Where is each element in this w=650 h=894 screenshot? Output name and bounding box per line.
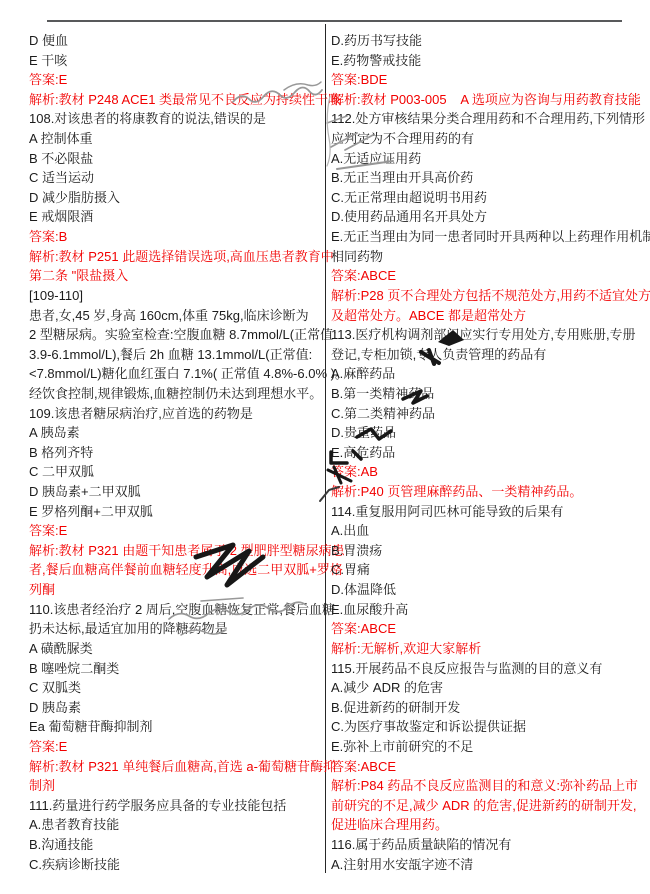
option-line: Ea 葡萄糖苷酶抑制剂 — [29, 717, 325, 737]
option-line: E.弥补上市前研究的不足 — [331, 737, 649, 757]
option-line: B.沟通技能 — [29, 835, 325, 855]
exam-document-page: D 便血E 干咳答案:E解析:教材 P248 ACE1 类最常见不良反应为持续性… — [0, 0, 650, 894]
option-line: C.胃痛 — [331, 560, 649, 580]
question-line: 扔未达标,最适宜加用的降糖药物是 — [29, 619, 325, 639]
left-column: D 便血E 干咳答案:E解析:教材 P248 ACE1 类最常见不良反应为持续性… — [29, 31, 325, 874]
option-line: 相同药物 — [331, 247, 649, 267]
question-line: 登记,专柜加锁,专人负责管理的药品有 — [331, 345, 649, 365]
analysis-line: 解析:教材 P321 由题干知患者属于 2 型肥胖型糖尿病患 — [29, 541, 325, 561]
option-line: C 适当运动 — [29, 168, 325, 188]
option-line: E.药物警戒技能 — [331, 51, 649, 71]
option-line: A.麻醉药品 — [331, 364, 649, 384]
answer-line: 答案:ABCE — [331, 757, 649, 777]
option-line: A.注射用水安瓿字迹不清 — [331, 855, 649, 875]
option-line: B 格列齐特 — [29, 443, 325, 463]
option-line: B.促进新药的研制开发 — [331, 698, 649, 718]
answer-line: 答案:B — [29, 227, 325, 247]
option-line: D 胰岛素 — [29, 698, 325, 718]
option-line: A.出血 — [331, 521, 649, 541]
question-line: 111.药量进行药学服务应具备的专业技能包括 — [29, 796, 325, 816]
option-line: A 磺酰脲类 — [29, 639, 325, 659]
case-header-line: [109-110] — [29, 286, 325, 306]
question-line: 113.医疗机构调剂部门应实行专用处方,专用账册,专册 — [331, 325, 649, 345]
question-line: 112.处方审核结果分类合理用药和不合理用药,下列情形 — [331, 109, 649, 129]
question-line: 应判定为不合理用药的有 — [331, 129, 649, 149]
analysis-line: 解析:P28 页不合理处方包括不规范处方,用药不适宜处方 — [331, 286, 649, 306]
option-line: C.为医疗事故鉴定和诉讼提供证据 — [331, 717, 649, 737]
analysis-line: 促进临床合理用药。 — [331, 815, 649, 835]
option-line: E.高危药品 — [331, 443, 649, 463]
option-line: C.疾病诊断技能 — [29, 855, 325, 875]
option-line: A 胰岛素 — [29, 423, 325, 443]
option-line: B 噻唑烷二酮类 — [29, 659, 325, 679]
option-line: C.第二类精神药品 — [331, 404, 649, 424]
option-line: D 便血 — [29, 31, 325, 51]
analysis-line: 第二条 "限盐摄入 — [29, 266, 325, 286]
option-line: B.胃溃疡 — [331, 541, 649, 561]
option-line: C.无正常理由超说明书用药 — [331, 188, 649, 208]
answer-line: 答案:ABCE — [331, 619, 649, 639]
question-line: 109.该患者糖尿病治疗,应首选的药物是 — [29, 404, 325, 424]
analysis-line: 列酮 — [29, 580, 325, 600]
option-line: D 胰岛素+二甲双胍 — [29, 482, 325, 502]
question-line: 108.对该患者的将康教育的说法,错误的是 — [29, 109, 325, 129]
analysis-line: 解析:P40 页管理麻醉药品、一类精神药品。 — [331, 482, 649, 502]
case-text-line: 经饮食控制,规律锻炼,血糖控制仍未达到理想水平。 — [29, 384, 325, 404]
question-line: 116.属于药品质量缺陷的情况有 — [331, 835, 649, 855]
option-line: E.无正当理由为同一患者同时开具两种以上药理作用机制 — [331, 227, 649, 247]
analysis-line: 及超常处方。ABCE 都是超常处方 — [331, 306, 649, 326]
question-line: 110.该患者经治疗 2 周后,空腹血糖恢复正常,餐后血糖 — [29, 600, 325, 620]
option-line: E 罗格列酮+二甲双胍 — [29, 502, 325, 522]
column-divider — [325, 24, 326, 873]
option-line: D.体温降低 — [331, 580, 649, 600]
answer-line: 答案:ABCE — [331, 266, 649, 286]
option-line: D.使用药品通用名开具处方 — [331, 207, 649, 227]
analysis-line: 解析:P84 药品不良反应监测目的和意义:弥补药品上市 — [331, 776, 649, 796]
option-line: B.第一类精神药品 — [331, 384, 649, 404]
analysis-line: 解析:教材 P003-005 A 选项应为咨询与用药教育技能 — [331, 90, 649, 110]
answer-line: 答案:E — [29, 737, 325, 757]
option-line: A 控制体重 — [29, 129, 325, 149]
right-column: D.药历书写技能E.药物警戒技能答案:BDE解析:教材 P003-005 A 选… — [331, 31, 649, 874]
answer-line: 答案:AB — [331, 462, 649, 482]
analysis-line: 解析:教材 P251 此题选择错误选项,高血压患者教育中 — [29, 247, 325, 267]
case-text-line: 患者,女,45 岁,身高 160cm,体重 75kg,临床诊断为 — [29, 306, 325, 326]
answer-line: 答案:E — [29, 70, 325, 90]
answer-line: 答案:E — [29, 521, 325, 541]
question-line: 115.开展药品不良反应报告与监测的目的意义有 — [331, 659, 649, 679]
analysis-line: 制剂 — [29, 776, 325, 796]
analysis-line: 者,餐后血糖高伴餐前血糖轻度升高,应选二甲双胍+罗格 — [29, 560, 325, 580]
analysis-line: 前研究的不足,减少 ADR 的危害,促进新药的研制开发, — [331, 796, 649, 816]
option-line: D.药历书写技能 — [331, 31, 649, 51]
option-line: E 戒烟限酒 — [29, 207, 325, 227]
option-line: D.贵重药品 — [331, 423, 649, 443]
analysis-line: 解析:教材 P248 ACE1 类最常见不良反应为持续性干咳 — [29, 90, 325, 110]
analysis-line: 解析:教材 P321 单纯餐后血糖高,首选 a-葡萄糖苷酶抑 — [29, 757, 325, 777]
case-text-line: <7.8mmol/L)糖化血红蛋白 7.1%( 正常值 4.8%-6.0% )。 — [29, 364, 325, 384]
top-rule — [47, 20, 622, 22]
option-line: C 双胍类 — [29, 678, 325, 698]
option-line: B.无正当理由开具高价药 — [331, 168, 649, 188]
option-line: D 减少脂肪摄入 — [29, 188, 325, 208]
option-line: A.减少 ADR 的危害 — [331, 678, 649, 698]
option-line: C 二甲双胍 — [29, 462, 325, 482]
answer-line: 答案:BDE — [331, 70, 649, 90]
option-line: A.患者教育技能 — [29, 815, 325, 835]
option-line: B 不必限盐 — [29, 149, 325, 169]
option-line: E.血尿酸升高 — [331, 600, 649, 620]
option-line: E 干咳 — [29, 51, 325, 71]
option-line: A.无适应证用药 — [331, 149, 649, 169]
case-text-line: 3.9-6.1mmol/L),餐后 2h 血糖 13.1mmol/L(正常值: — [29, 345, 325, 365]
analysis-line: 解析:无解析,欢迎大家解析 — [331, 639, 649, 659]
case-text-line: 2 型糖尿病。实验室检查:空腹血糖 8.7mmol/L(正常值: — [29, 325, 325, 345]
question-line: 114.重复服用阿司匹林可能导致的后果有 — [331, 502, 649, 522]
